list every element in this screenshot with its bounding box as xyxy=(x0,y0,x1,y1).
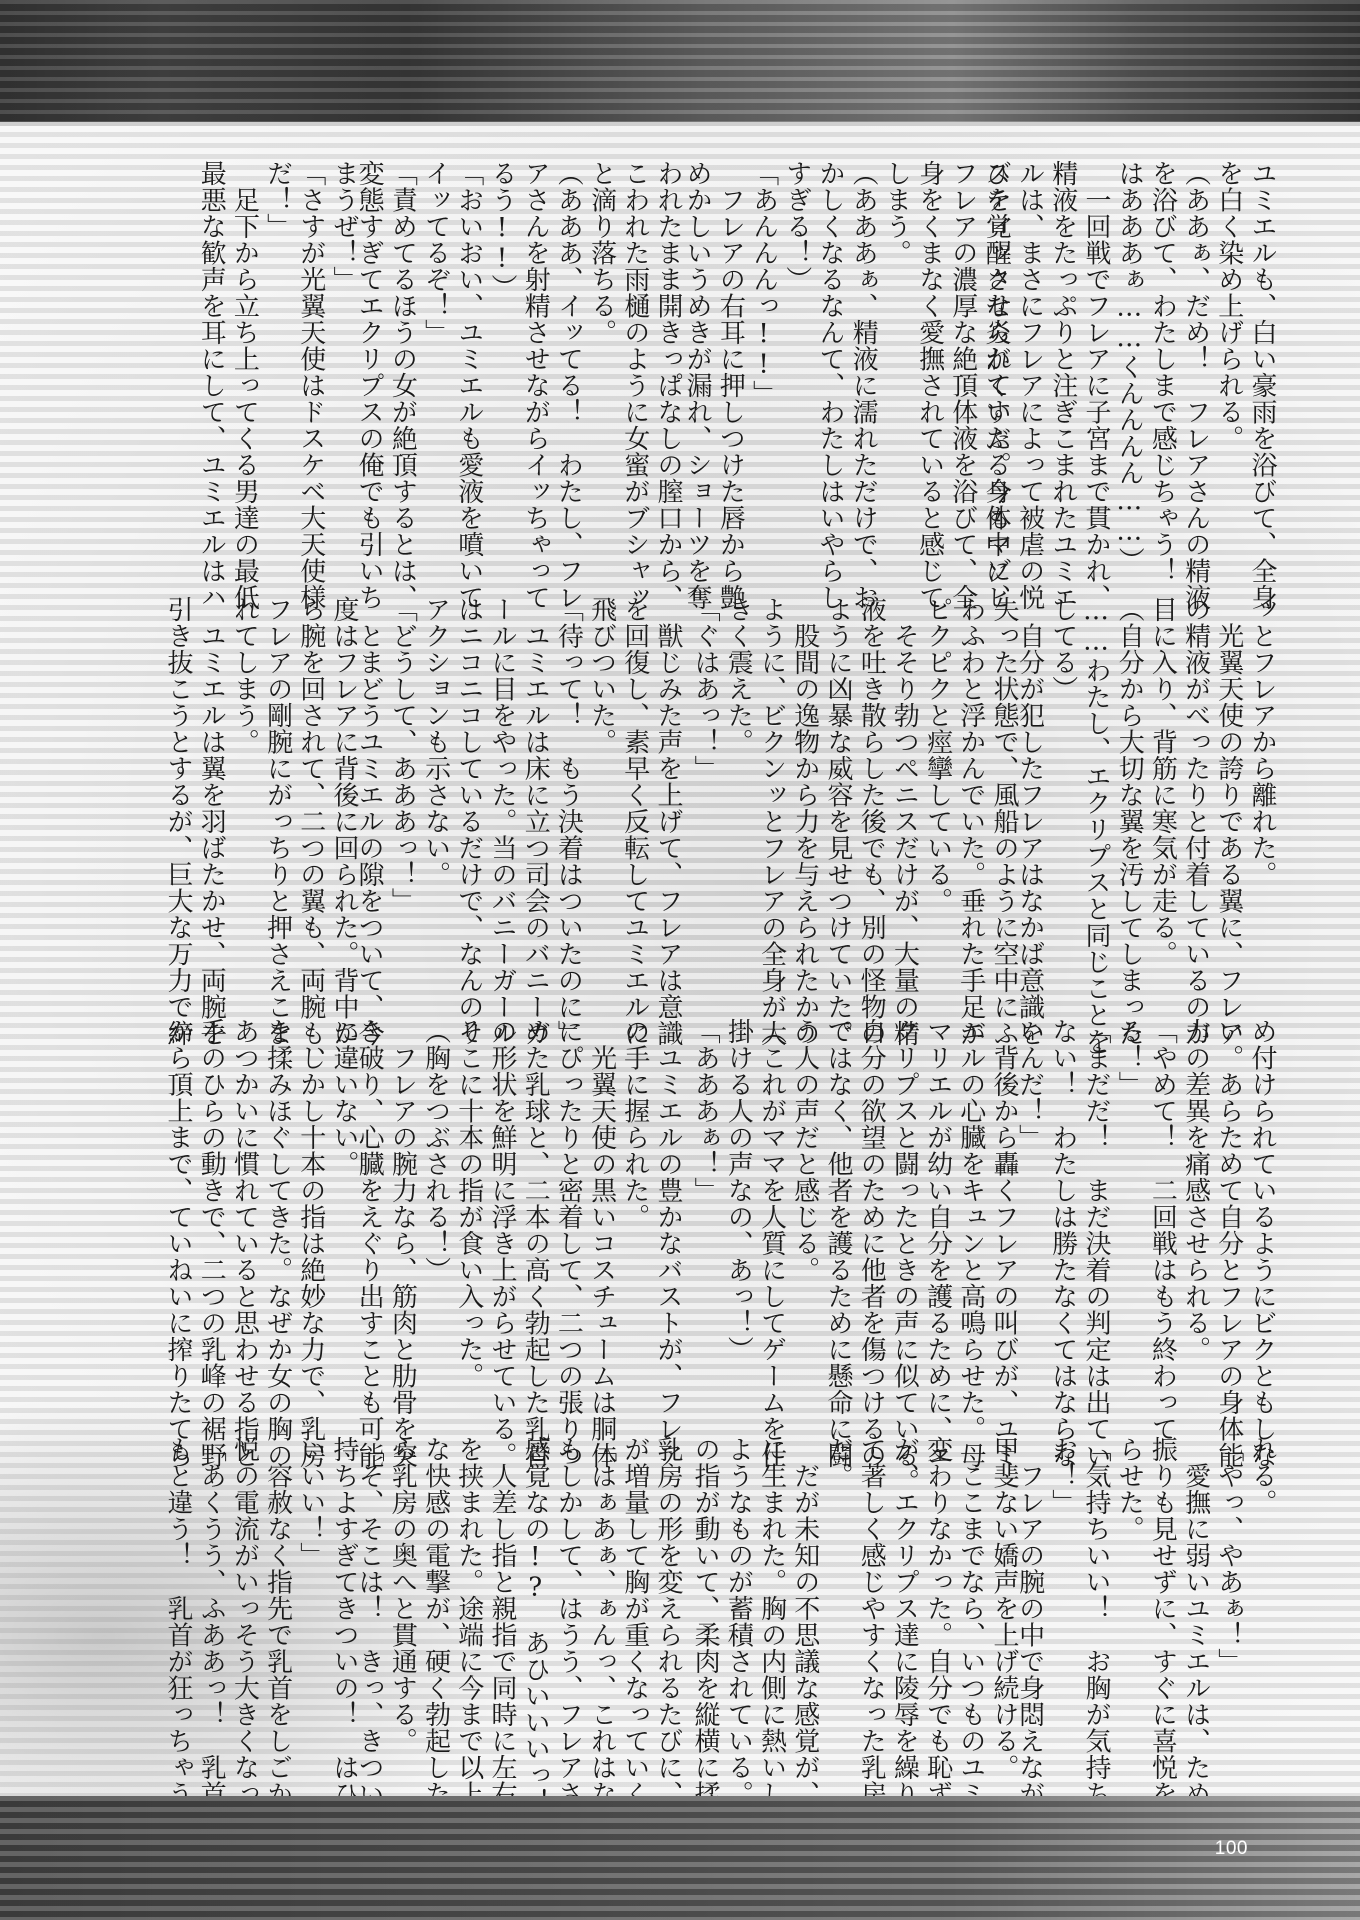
text-line: 股間の逸物から力を与えられたかの xyxy=(788,596,821,1048)
text-line: を白く染め上げられる。 xyxy=(1212,160,1245,612)
text-line: 光翼天使の誇りである翼に、フレア xyxy=(1212,596,1245,1048)
text-line: 「やめて！ 二回戦はもう終わって xyxy=(1145,1018,1178,1470)
text-line: ……わたし、エクリプスと同じことを xyxy=(1079,596,1112,1048)
text-line: に違いない。 xyxy=(327,1018,360,1470)
text-line: ではなく、他者を護るために懸命に闘 xyxy=(821,1018,854,1470)
text-line: まうぜ！」 xyxy=(327,160,360,612)
tier-3-block-4: に違いない。 しかし十本の指は絶妙な力で、乳房 を揉みほぐしてきた。なぜか女の胸… xyxy=(160,1018,360,1470)
text-line: ように、ビクンッとフレアの全身が大 xyxy=(754,596,787,1048)
text-line: 身をくまなく愛撫されていると感じて xyxy=(912,160,945,612)
text-line: われたまま開きっぱなしの膣口から、 xyxy=(651,160,684,612)
text-line: こわれた雨樋のように女蜜がブシャッ xyxy=(618,160,651,612)
text-line: かしくなるなんて、わたしはいやらし xyxy=(813,160,846,612)
text-line: 「ぐはあっ！」 xyxy=(688,596,721,1048)
text-line: 背後から轟くフレアの叫びが、ユミ xyxy=(987,1018,1020,1470)
tier-1-block-2: スティックな炎がくすぶる身体中に、 フレアの濃厚な絶頂体液を浴びて、全 身をくま… xyxy=(680,160,1012,612)
text-line: の形状を鮮明に浮き上がらせている。 xyxy=(485,1018,518,1470)
text-line: 力の差異を痛感させられる。 xyxy=(1178,1018,1211,1470)
text-line: フレアの腕力なら、筋肉と肋骨を突 xyxy=(385,1018,418,1470)
text-line: 引き抜こうとするが、巨大な万力で締 xyxy=(161,596,194,1048)
text-line: 一回戦でフレアに子宮まで貫かれ、 xyxy=(1079,160,1112,612)
tier-1-block-4: まうぜ！」 「さすが光翼天使はドスケベ大天使様 だ！」 足下から立ち上ってくる男… xyxy=(160,160,360,612)
tier-3-block-2: 背後から轟くフレアの叫びが、ユミ エルの心臓をキュンと高鳴らせた。母 マリエルが… xyxy=(680,1018,1020,1470)
text-line: ッとフレアから離れた。 xyxy=(1245,596,1278,1048)
text-line: と滴り落ちる。 xyxy=(584,160,617,612)
text-line: そこに十本の指が食い入った。 xyxy=(452,1018,485,1470)
text-line: 足下から立ち上ってくる男達の最低 xyxy=(227,160,260,612)
text-line: だ！」 xyxy=(260,160,293,612)
text-line: （自分から大切な翼を汚してしまった xyxy=(1112,596,1145,1048)
text-line: ら腕を回されて、二つの翼も、両腕も、 xyxy=(294,596,327,1048)
text-line: 獣じみた声を上げて、フレアは意識 xyxy=(651,596,684,1048)
text-line: 精液をたっぷりと注ぎこまれたユミエ xyxy=(1046,160,1079,612)
text-line: ピクピクと痙攣している。 xyxy=(920,596,953,1048)
text-line: 液を吐き散らした後でも、別の怪物の xyxy=(854,596,887,1048)
text-line: ない！ わたしは勝たなくてはならな xyxy=(1046,1018,1079,1470)
text-line: アクションも示さない。 xyxy=(418,596,451,1048)
text-line: 「あんんんっ!!」 xyxy=(746,160,779,612)
text-line: を回復し、素早く反転してユミエルに xyxy=(618,596,651,1048)
text-line: ユミエルは床に立つ司会のバニーガ xyxy=(518,596,551,1048)
tier-3-block-1: め付けられているようにビクともしな い。あらためて自分とフレアの身体能 力の差異… xyxy=(1012,1018,1278,1470)
text-line: めた乳球と、二本の高く勃起した乳首 xyxy=(518,1018,551,1470)
footer-decorative-band xyxy=(0,1796,1360,1920)
text-line: 「どうして、あああっ！」 xyxy=(385,596,418,1048)
text-line: 飛びついた。 xyxy=(584,596,617,1048)
text-line: るう!!） xyxy=(485,160,518,612)
text-line: から頂上まで、ていねいに搾りたてら xyxy=(161,1018,194,1470)
text-line: 「あああぁ！」 xyxy=(688,1018,721,1470)
text-line: ユミエルの豊かなバストが、フレア xyxy=(651,1018,684,1470)
text-line: ユミエルも、白い豪雨を浴びて、全身 xyxy=(1245,160,1278,612)
text-line: フレアの剛腕にがっちりと押さえこま xyxy=(260,596,293,1048)
text-line: 最悪な歓声を耳にして、ユミエルはハ xyxy=(194,160,227,612)
tier-2-block-4: 度はフレアに背後に回られた。背中か ら腕を回されて、二つの翼も、両腕も、 フレア… xyxy=(160,596,360,1048)
text-line: そそり勃つペニスだけが、大量の精 xyxy=(887,596,920,1048)
text-line: め付けられているようにビクともしな xyxy=(1245,1018,1278,1470)
text-line: の精液がべったりと付着しているのが xyxy=(1178,596,1211,1048)
text-line: はニコニコしているだけで、なんのリ xyxy=(452,596,485,1048)
tier-1-block-3: われたまま開きっぱなしの膣口から、 こわれた雨樋のように女蜜がブシャッ と滴り落… xyxy=(352,160,684,612)
text-line: ユミエルは翼を羽ばたかせ、両腕を xyxy=(194,596,227,1048)
text-line: （あああぁ、精液に濡れただけで、お xyxy=(846,160,879,612)
tier-2-block-1: ッとフレアから離れた。 光翼天使の誇りである翼に、フレア の精液がべったりと付着… xyxy=(1012,596,1278,1048)
page-number: 100 xyxy=(1215,1838,1248,1860)
text-line: 「待って！ もう決着はついたのに」 xyxy=(551,596,584,1048)
text-line: （胸をつぶされる！） xyxy=(418,1018,451,1470)
text-line: フレアの右耳に押しつけた唇から艶 xyxy=(713,160,746,612)
tier-2-block-3: 獣じみた声を上げて、フレアは意識 を回復し、素早く反転してユミエルに 飛びついた… xyxy=(352,596,684,1048)
text-line: 自分の欲望のために他者を傷つけるの xyxy=(854,1018,887,1470)
text-line: （ああぁ、だめ！ フレアさんの精液 xyxy=(1178,160,1211,612)
text-line: きく震えた。 xyxy=(721,596,754,1048)
text-line: ルは、まさにフレアによって被虐の悦 xyxy=(1012,160,1045,612)
text-line: （あああ、イッてる！ わたし、フレ xyxy=(551,160,584,612)
text-line: にぴったりと密着して、二つの張りつ xyxy=(551,1018,584,1470)
text-line: イッてるぞ！」 xyxy=(418,160,451,612)
tier-1-block-1: ユミエルも、白い豪雨を浴びて、全身 を白く染め上げられる。 （ああぁ、だめ！ フ… xyxy=(980,160,1278,612)
text-line: めかしいうめきが漏れ、ショーツを奪 xyxy=(680,160,713,612)
text-line: しかし十本の指は絶妙な力で、乳房 xyxy=(294,1018,327,1470)
text-line: 度はフレアに背後に回られた。背中か xyxy=(327,596,360,1048)
text-line: る！」 xyxy=(1112,1018,1145,1470)
text-line: 目に入り、背筋に寒気が走る。 xyxy=(1145,596,1178,1048)
text-line: ールに目をやった。当のバニーガール xyxy=(485,596,518,1048)
text-line: 掛ける人の声なの、あっ！） xyxy=(721,1018,754,1470)
text-line: を揉みほぐしてきた。なぜか女の胸の xyxy=(260,1018,293,1470)
text-line: 「まだだ！ まだ決着の判定は出てい xyxy=(1079,1018,1112,1470)
text-line: 「おいおい、ユミエルも愛液を噴いて xyxy=(452,160,485,612)
text-line: う人の声だと感じる。 xyxy=(788,1018,821,1470)
text-line: しまう。 xyxy=(879,160,912,612)
text-line: 光翼天使の黒いコスチュームは胴体 xyxy=(584,1018,617,1470)
text-line: （これがママを人質にしてゲームを仕 xyxy=(754,1018,787,1470)
text-line: はあああぁ……くんんんん……） xyxy=(1112,160,1145,612)
header-decorative-band xyxy=(0,0,1360,126)
text-line: 手のひらの動きで、二つの乳峰の裾野 xyxy=(194,1018,227,1470)
text-line: れてしまう。 xyxy=(227,596,260,1048)
text-line: エルの心臓をキュンと高鳴らせた。母 xyxy=(954,1018,987,1470)
tier-3-block-3: ユミエルの豊かなバストが、フレア の手に握られた。 光翼天使の黒いコスチュームは… xyxy=(352,1018,684,1470)
text-line: 失った状態で、風船のように空中にふ xyxy=(987,596,1020,1048)
text-line: ように凶暴な威容を見せつけていた。 xyxy=(821,596,854,1048)
text-line: すぎる！） xyxy=(780,160,813,612)
text-line: あつかいに慣れていると思わせる指と xyxy=(227,1018,260,1470)
text-line: アさんを射精させながらイッちゃって xyxy=(518,160,551,612)
text-line: 「責めてるほうの女が絶頂するとは、 xyxy=(385,160,418,612)
text-line: 「さすが光翼天使はドスケベ大天使様 xyxy=(294,160,327,612)
text-line: を浴びて、わたしまで感じちゃう！ xyxy=(1145,160,1178,612)
text-line: の手に握られた。 xyxy=(618,1018,651,1470)
text-line: マリエルが幼い自分を護るために、エ xyxy=(920,1018,953,1470)
tier-2-block-2: 失った状態で、風船のように空中にふ わふわと浮かんでいた。垂れた手足が ピクピク… xyxy=(680,596,1020,1048)
text-line: い。あらためて自分とフレアの身体能 xyxy=(1212,1018,1245,1470)
text-line: してる） xyxy=(1046,596,1079,1048)
text-line: スティックな炎がくすぶる身体中に、 xyxy=(979,160,1012,612)
text-line: わふわと浮かんでいた。垂れた手足が xyxy=(954,596,987,1048)
text-line: クリプスと闘ったときの声に似ている。 xyxy=(887,1018,920,1470)
text-line: フレアの濃厚な絶頂体液を浴びて、全 xyxy=(946,160,979,612)
